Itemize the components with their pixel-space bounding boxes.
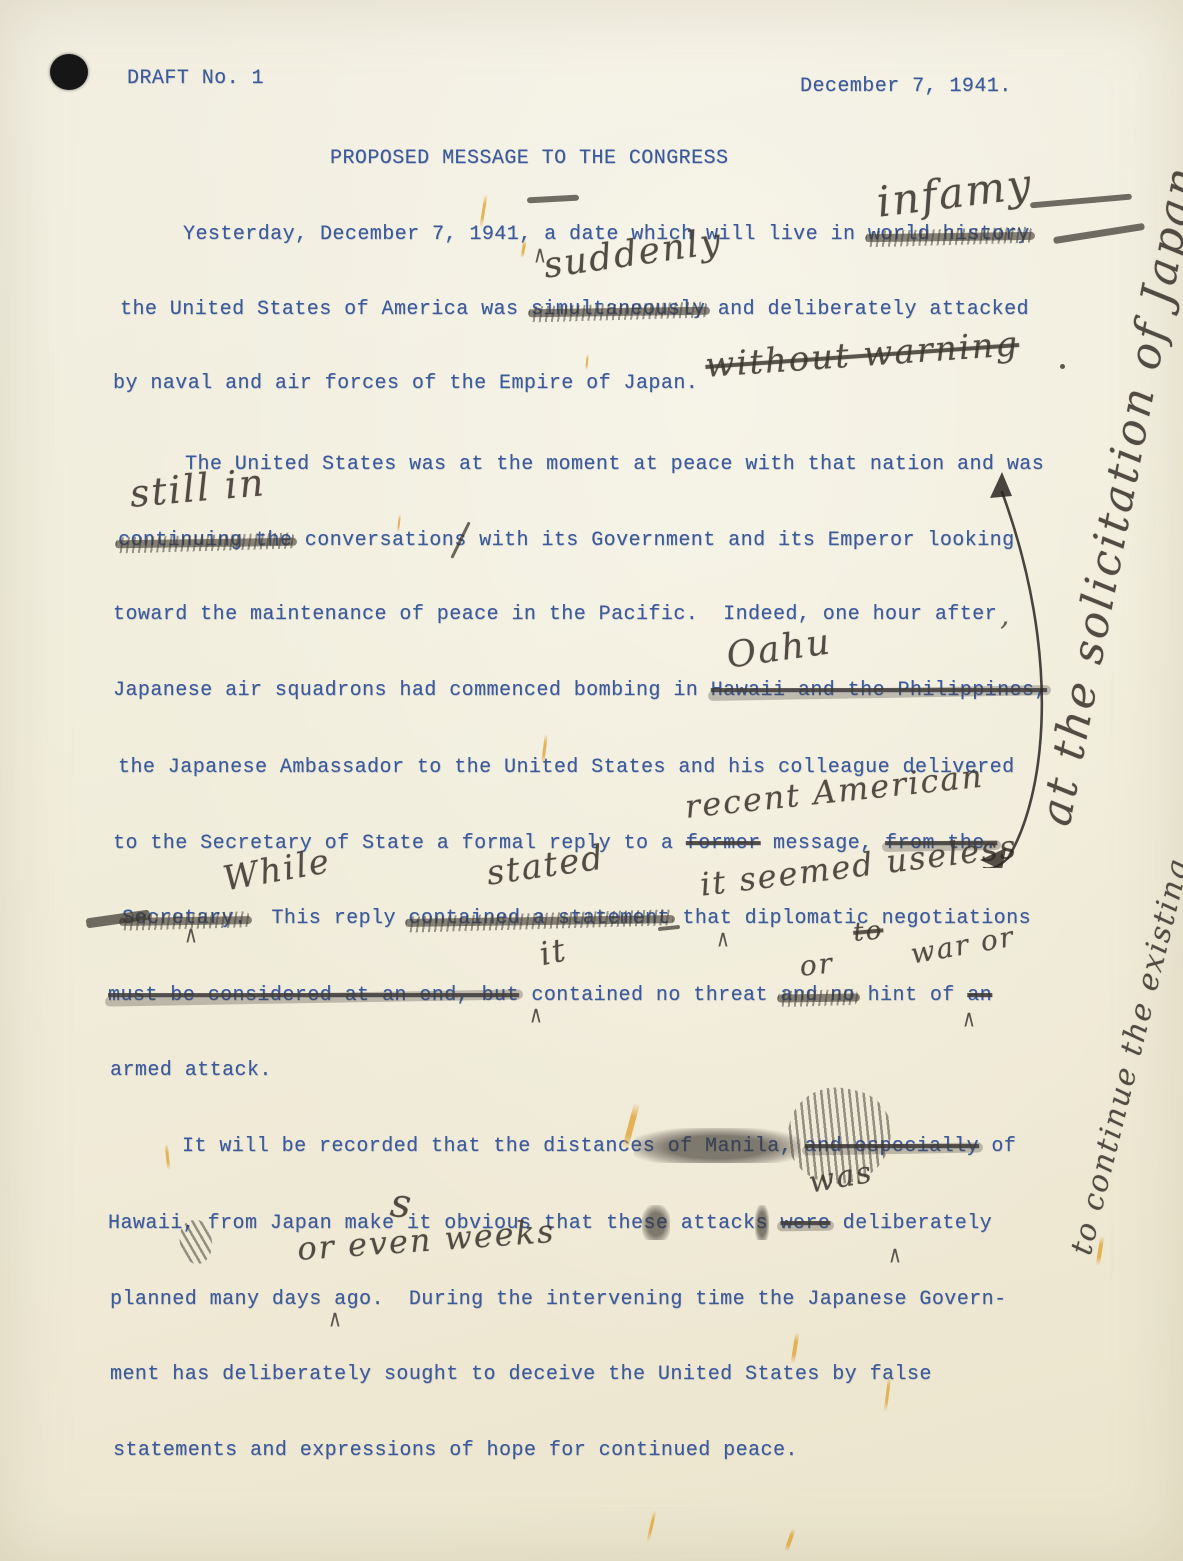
handwritten-note-infamy: infamy [874, 159, 1035, 227]
typed-line-15: planned many days ago. During the interv… [110, 1287, 1007, 1313]
handwritten-note-it: it [536, 930, 570, 973]
typed-segment: armed attack. [110, 1059, 272, 1082]
age-streak [646, 1510, 656, 1542]
caret-mark: ∧ [529, 1001, 543, 1029]
typed-segment: planned many days ago. During the interv… [110, 1288, 1007, 1311]
age-streak [165, 1144, 171, 1170]
typed-segment-struck: were [780, 1211, 830, 1237]
typed-segment-struck: se [643, 1211, 668, 1237]
draft-label: DRAFT No. 1 [127, 66, 264, 92]
typed-segment-struck: former [686, 831, 761, 857]
margin-note-to-continue-the-existing: to continue the existing [1064, 854, 1183, 1258]
age-streak [585, 354, 588, 370]
typed-segment-struck: and no [780, 983, 855, 1009]
typed-segment-struck: s of Manila, [643, 1134, 792, 1160]
handwritten-note-to-struck: to [852, 915, 885, 948]
typed-segment-struck: world history [868, 222, 1030, 248]
typed-segment: conversation [292, 529, 454, 552]
caret-mark: ∧ [533, 241, 547, 269]
document-title: PROPOSED MESSAGE TO THE CONGRESS [330, 146, 728, 172]
caret-mark: ∧ [888, 1241, 902, 1269]
typed-line-4: The United States was at the moment at p… [185, 452, 1044, 478]
typed-segment: contained no threat [519, 984, 781, 1007]
typed-segment: deliberately [830, 1212, 992, 1235]
typed-line-5: continuing the conversations with its Go… [118, 528, 1015, 554]
document-date: December 7, 1941. [800, 74, 1012, 100]
age-streak [791, 1332, 800, 1364]
typed-segment-struck: must be considered at an end, but [108, 983, 519, 1009]
typed-segment: and deliberately attacked [705, 298, 1029, 321]
typed-segment: attack [668, 1212, 755, 1235]
handwritten-note-oahu: Oahu [724, 621, 834, 676]
hole-punch [50, 54, 88, 90]
typed-segment: toward the maintenance of peace in the P… [113, 603, 997, 626]
typed-segment: by naval and air forces of the Empire of… [113, 372, 698, 395]
caret-mark: ∧ [716, 925, 730, 953]
typed-segment: ment has deliberately sought to deceive … [110, 1363, 932, 1386]
typed-line-10: Secretary. This reply contained a statem… [122, 906, 1031, 932]
typed-line-2: the United States of America was simulta… [120, 297, 1029, 323]
typed-segment: of [979, 1135, 1016, 1158]
typed-line-7: Japanese air squadrons had commenced bom… [113, 678, 1047, 704]
pencil-dash [527, 195, 579, 204]
age-streak [784, 1528, 796, 1552]
typed-line-12: armed attack. [110, 1058, 272, 1084]
typed-line-16: ment has deliberately sought to deceive … [110, 1362, 932, 1388]
typed-segment: hint of [855, 984, 967, 1007]
typed-segment: statements and expressions of hope for c… [113, 1439, 798, 1462]
typed-line-6: toward the maintenance of peace in the P… [113, 602, 997, 628]
typed-segment-struck: s [454, 528, 466, 554]
handwritten-note-still-in: still in [128, 460, 267, 516]
typed-segment: with its Government and its Emperor look… [467, 529, 1015, 552]
paper-background: DRAFT No. 1 December 7, 1941. PROPOSED M… [0, 0, 1183, 1561]
insertion-arrow [950, 468, 1080, 868]
typed-line-11: must be considered at an end, but contai… [108, 983, 992, 1009]
typed-segment-struck: contained a statement [408, 906, 670, 932]
document-page: { "palette": { "paper": "#f1eedd", "type… [0, 0, 1183, 1561]
typed-line-17: statements and expressions of hope for c… [113, 1438, 798, 1464]
typed-segment: Japanese air squadrons had commenced bom… [113, 679, 711, 702]
typed-segment: The United States was at the moment at p… [185, 453, 1044, 476]
handwritten-note-or: or [798, 946, 836, 982]
typed-line-13: It will be recorded that the distances o… [182, 1134, 1016, 1160]
pencil-scrawl [779, 1078, 899, 1193]
typed-line-3: by naval and air forces of the Empire of… [113, 371, 698, 397]
caret-mark: ∧ [962, 1005, 976, 1033]
typed-segment-struck: simultaneously [531, 297, 705, 323]
handwritten-note-without-warning: without warning [704, 324, 1020, 386]
caret-mark: ∧ [328, 1305, 342, 1333]
typed-segment: the United States of America was [120, 298, 531, 321]
typed-segment-struck: s [756, 1211, 768, 1237]
pencil-dash [1053, 223, 1145, 244]
caret-mark: ∧ [184, 921, 198, 949]
typed-segment-struck: continuing the [118, 528, 292, 554]
typed-segment: This reply [247, 907, 409, 930]
typed-segment: It will be recorded that the distance [182, 1135, 643, 1158]
pencil-dash [1030, 194, 1132, 209]
pencil-dot [1060, 364, 1065, 369]
